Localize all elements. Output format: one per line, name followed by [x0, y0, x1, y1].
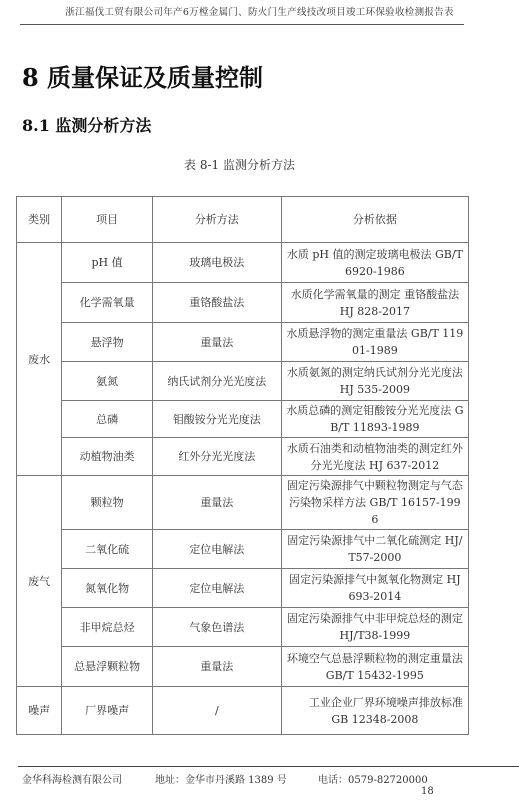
method-cell: 重量法	[152, 323, 281, 362]
method-cell: 气象色谱法	[152, 608, 281, 647]
table-header-row: 类别 项目 分析方法 分析依据	[17, 197, 469, 243]
category-cell: 噪声	[17, 687, 62, 735]
table-row: 化学需氧量 重铬酸盐法 水质化学需氧量的测定 重铬酸盐法 HJ 828-2017	[17, 283, 469, 323]
basis-cell: 固定污染源排气中二氧化硫测定 HJ/T57-2000	[281, 530, 468, 569]
method-cell: 重量法	[152, 476, 281, 530]
analysis-methods-table: 类别 项目 分析方法 分析依据 废水 pH 值 玻璃电极法 水质 pH 值的测定…	[16, 196, 469, 735]
table-row: 非甲烷总烃 气象色谱法 固定污染源排气中非甲烷总烃的测定 HJ/T38-1999	[17, 608, 469, 647]
item-cell: 动植物油类	[62, 438, 153, 476]
table-row: 动植物油类 红外分光光度法 水质石油类和动植物油类的测定红外分光光度法 HJ 6…	[17, 438, 469, 476]
basis-cell: 水质总磷的测定钼酸铵分光光度法 GB/T 11893-1989	[281, 401, 468, 438]
basis-cell: 水质氨氮的测定纳氏试剂分光光度法 HJ 535-2009	[281, 362, 468, 401]
method-cell: 定位电解法	[152, 569, 281, 608]
header-item: 项目	[62, 197, 153, 243]
table-row: 悬浮物 重量法 水质悬浮物的测定重量法 GB/T 11901-1989	[17, 323, 469, 362]
basis-cell: 环境空气总悬浮颗粒物的测定重量法 GB/T 15432-1995	[281, 647, 468, 687]
table-caption-text: 表 8-1 监测分析方法	[184, 158, 295, 172]
basis-cell: 工业企业厂界环境噪声排放标准 GB 12348-2008	[281, 687, 468, 735]
item-cell: 颗粒物	[62, 476, 153, 530]
method-cell: 红外分光光度法	[152, 438, 281, 476]
basis-cell: 水质 pH 值的测定玻璃电极法 GB/T 6920-1986	[281, 243, 468, 283]
item-cell: 总磷	[62, 401, 153, 438]
basis-cell: 固定污染源排气中非甲烷总烃的测定 HJ/T38-1999	[281, 608, 468, 647]
footer-company: 金华科海检测有限公司	[22, 771, 122, 786]
item-cell: 非甲烷总烃	[62, 608, 153, 647]
item-cell: 氮氧化物	[62, 569, 153, 608]
basis-cell: 固定污染源排气中颗粒物测定与气态污染物采样方法 GB/T 16157-1996	[281, 476, 468, 530]
footer-phone: 电话：0579-82720000	[318, 771, 428, 786]
header-category: 类别	[17, 197, 62, 243]
item-cell: pH 值	[62, 243, 153, 283]
item-cell: 化学需氧量	[62, 283, 153, 323]
basis-cell: 水质化学需氧量的测定 重铬酸盐法 HJ 828-2017	[281, 283, 468, 323]
table-caption: 表 8-1 监测分析方法	[0, 156, 519, 173]
item-cell: 二氧化硫	[62, 530, 153, 569]
basis-cell: 水质悬浮物的测定重量法 GB/T 11901-1989	[281, 323, 468, 362]
table-row: 废气 颗粒物 重量法 固定污染源排气中颗粒物测定与气态污染物采样方法 GB/T …	[17, 476, 469, 530]
method-cell: 玻璃电极法	[152, 243, 281, 283]
method-cell: 重量法	[152, 647, 281, 687]
basis-cell: 水质石油类和动植物油类的测定红外分光光度法 HJ 637-2012	[281, 438, 468, 476]
table-row: 噪声 厂界噪声 / 工业企业厂界环境噪声排放标准 GB 12348-2008	[17, 687, 469, 735]
method-cell: 纳氏试剂分光光度法	[152, 362, 281, 401]
item-cell: 悬浮物	[62, 323, 153, 362]
subsection-title: 8.1 监测分析方法	[22, 113, 151, 136]
footer-divider	[18, 766, 519, 767]
header-divider	[20, 24, 464, 25]
category-cell: 废水	[17, 243, 62, 476]
table-row: 废水 pH 值 玻璃电极法 水质 pH 值的测定玻璃电极法 GB/T 6920-…	[17, 243, 469, 283]
item-cell: 厂界噪声	[62, 687, 153, 735]
item-cell: 总悬浮颗粒物	[62, 647, 153, 687]
section-title: 8 质量保证及质量控制	[22, 58, 263, 93]
item-cell: 氨氮	[62, 362, 153, 401]
header-method: 分析方法	[152, 197, 281, 243]
running-header: 浙江福伐工贸有限公司年产6万樘金属门、防火门生产线技改项目竣工环保验收检测报告表	[0, 4, 519, 18]
method-cell: 定位电解法	[152, 530, 281, 569]
table-row: 氨氮 纳氏试剂分光光度法 水质氨氮的测定纳氏试剂分光光度法 HJ 535-200…	[17, 362, 469, 401]
footer-address: 地址：金华市丹溪路 1389 号	[155, 771, 287, 786]
table-row: 氮氧化物 定位电解法 固定污染源排气中氮氧化物测定 HJ693-2014	[17, 569, 469, 608]
table-row: 二氧化硫 定位电解法 固定污染源排气中二氧化硫测定 HJ/T57-2000	[17, 530, 469, 569]
page-number: 18	[421, 786, 434, 797]
header-basis: 分析依据	[281, 197, 468, 243]
method-cell: 重铬酸盐法	[152, 283, 281, 323]
table-row: 总磷 钼酸铵分光光度法 水质总磷的测定钼酸铵分光光度法 GB/T 11893-1…	[17, 401, 469, 438]
method-cell: 钼酸铵分光光度法	[152, 401, 281, 438]
basis-cell: 固定污染源排气中氮氧化物测定 HJ693-2014	[281, 569, 468, 608]
category-cell: 废气	[17, 476, 62, 687]
table-row: 总悬浮颗粒物 重量法 环境空气总悬浮颗粒物的测定重量法 GB/T 15432-1…	[17, 647, 469, 687]
method-cell: /	[152, 687, 281, 735]
